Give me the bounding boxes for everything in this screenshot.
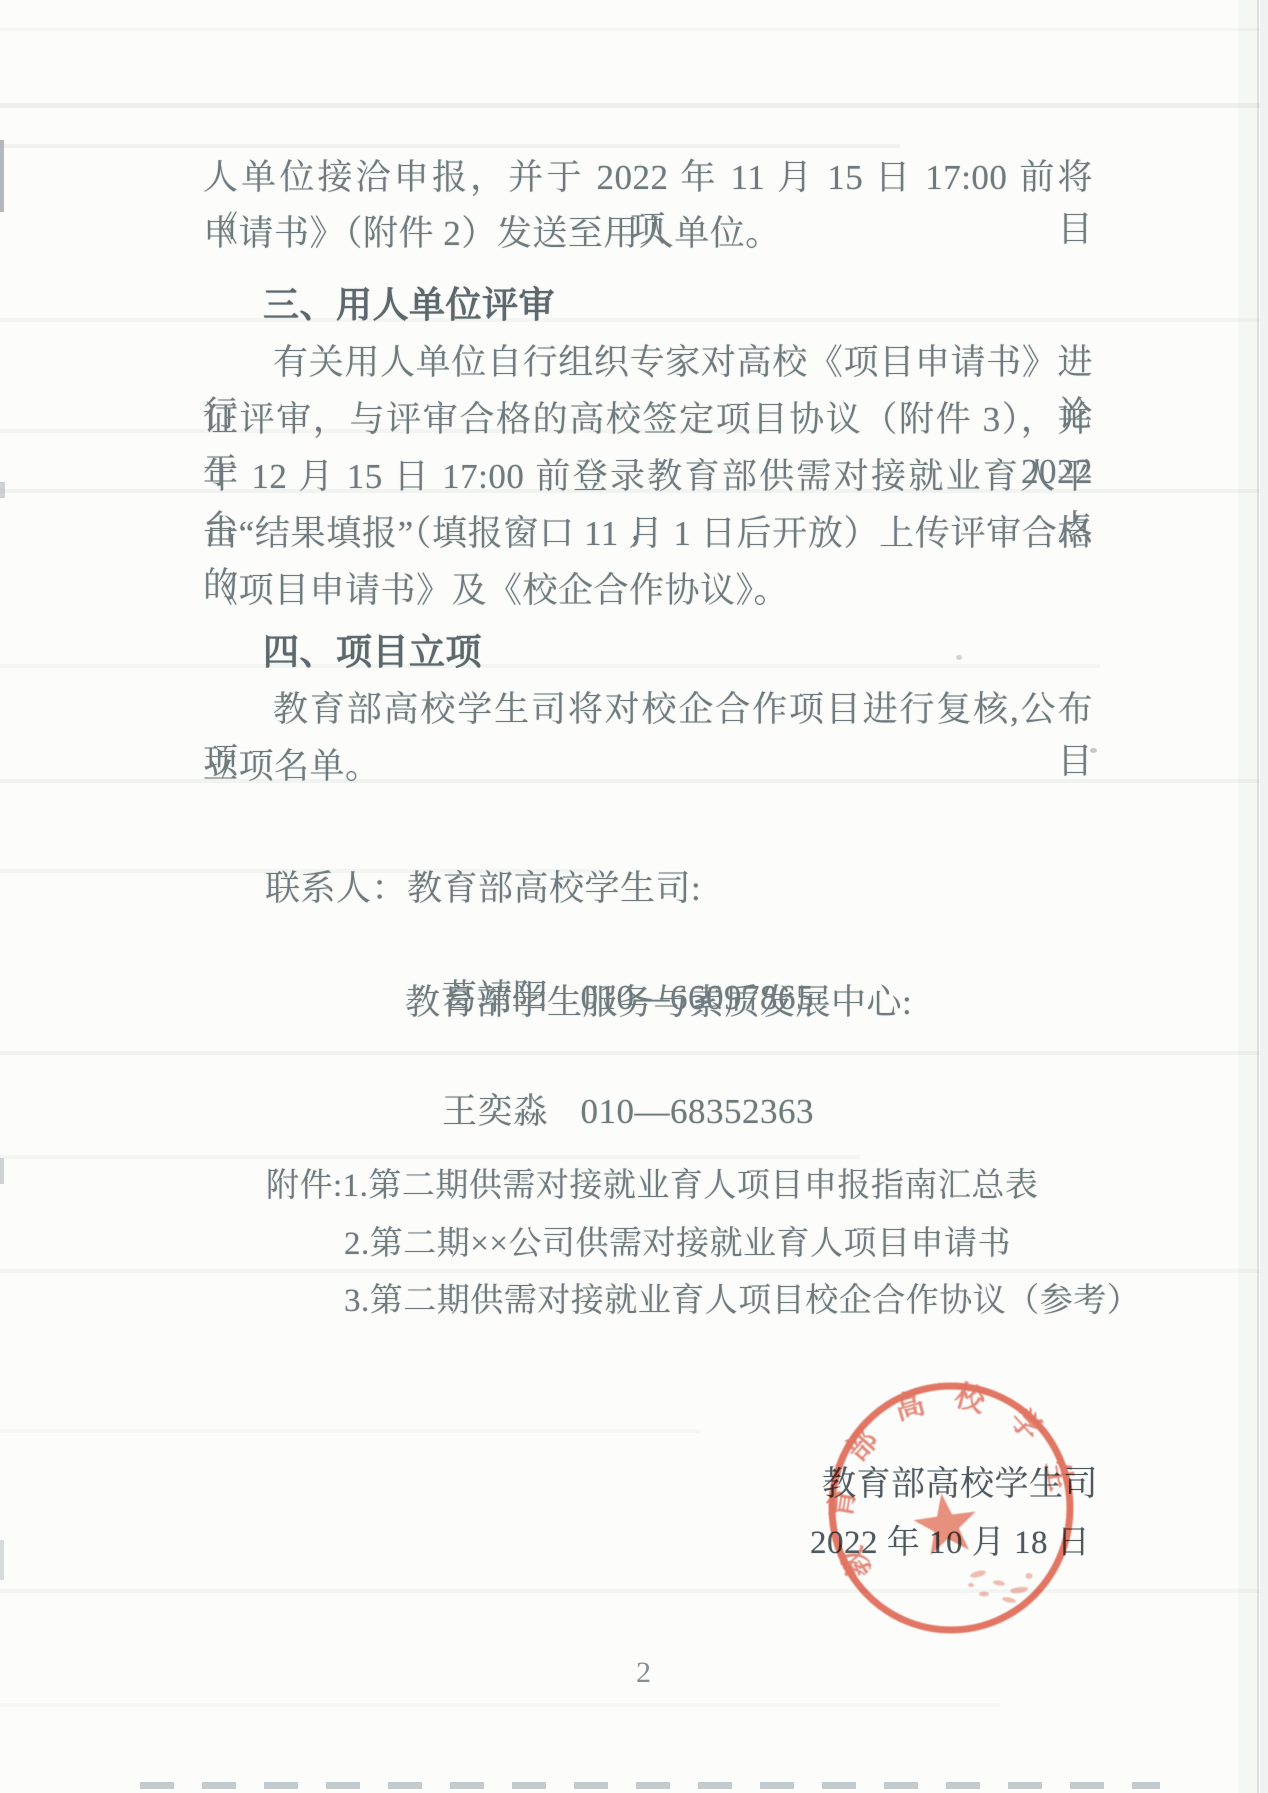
official-seal: 教育部高校学生司 [823,1378,1079,1638]
scan-speck [956,655,962,660]
body-line: 申请书》（附件 2）发送至用人单位。 [203,208,781,260]
seal-smudge [968,1569,1033,1604]
seal-star [910,1489,980,1557]
scan-edge-mark [0,1540,4,1580]
scan-stripe [0,664,1100,668]
scan-band [1238,0,1257,1793]
scan-stripe [0,318,1268,322]
scan-edge-mark [0,140,4,212]
attachments-line: 3.第二期供需对接就业育人项目校企合作协议（参考） [344,1275,1140,1327]
scan-stripe [0,144,900,148]
attachments-line: 附件:1.第二期供需对接就业育人项目申报指南汇总表 [266,1160,1038,1212]
seal-arc-text-holder: 教育部高校学生司 [823,1378,1079,1583]
contact-line: 联系人：教育部高校学生司: [265,863,701,915]
page-number: 2 [636,1656,651,1690]
scan-stripe [0,1429,700,1433]
attachments-line: 2.第二期××公司供需对接就业育人项目申请书 [344,1218,1011,1270]
scan-band [1260,0,1268,1793]
section-heading-4: 四、项目立项 [203,626,482,678]
section-heading-3: 三、用人单位评审 [203,279,555,331]
scan-edge-mark [0,482,5,498]
scan-line [1257,0,1259,1793]
body-line: 立项名单。 [203,741,381,793]
scanned-document-page: 人单位接洽申报，并于 2022 年 11 月 15 日 17:00 前将《项目 … [0,0,1268,1793]
scan-stripe [0,28,1268,31]
body-line: 《项目申请书》及《校企合作协议》。 [203,565,789,617]
scan-edge-mark [0,1158,4,1184]
scan-bottom-dashes [140,1782,1160,1789]
seal-arc-text: 教育部高校学生司 [823,1378,1079,1583]
scan-stripe [0,103,1268,108]
contact-line: 教育部学生服务与素质发展中心: [405,977,912,1029]
scan-stripe [0,1703,1000,1707]
contact-person: 王奕淼 [442,1092,549,1131]
contact-phone: 010—68352363 [581,1092,815,1131]
